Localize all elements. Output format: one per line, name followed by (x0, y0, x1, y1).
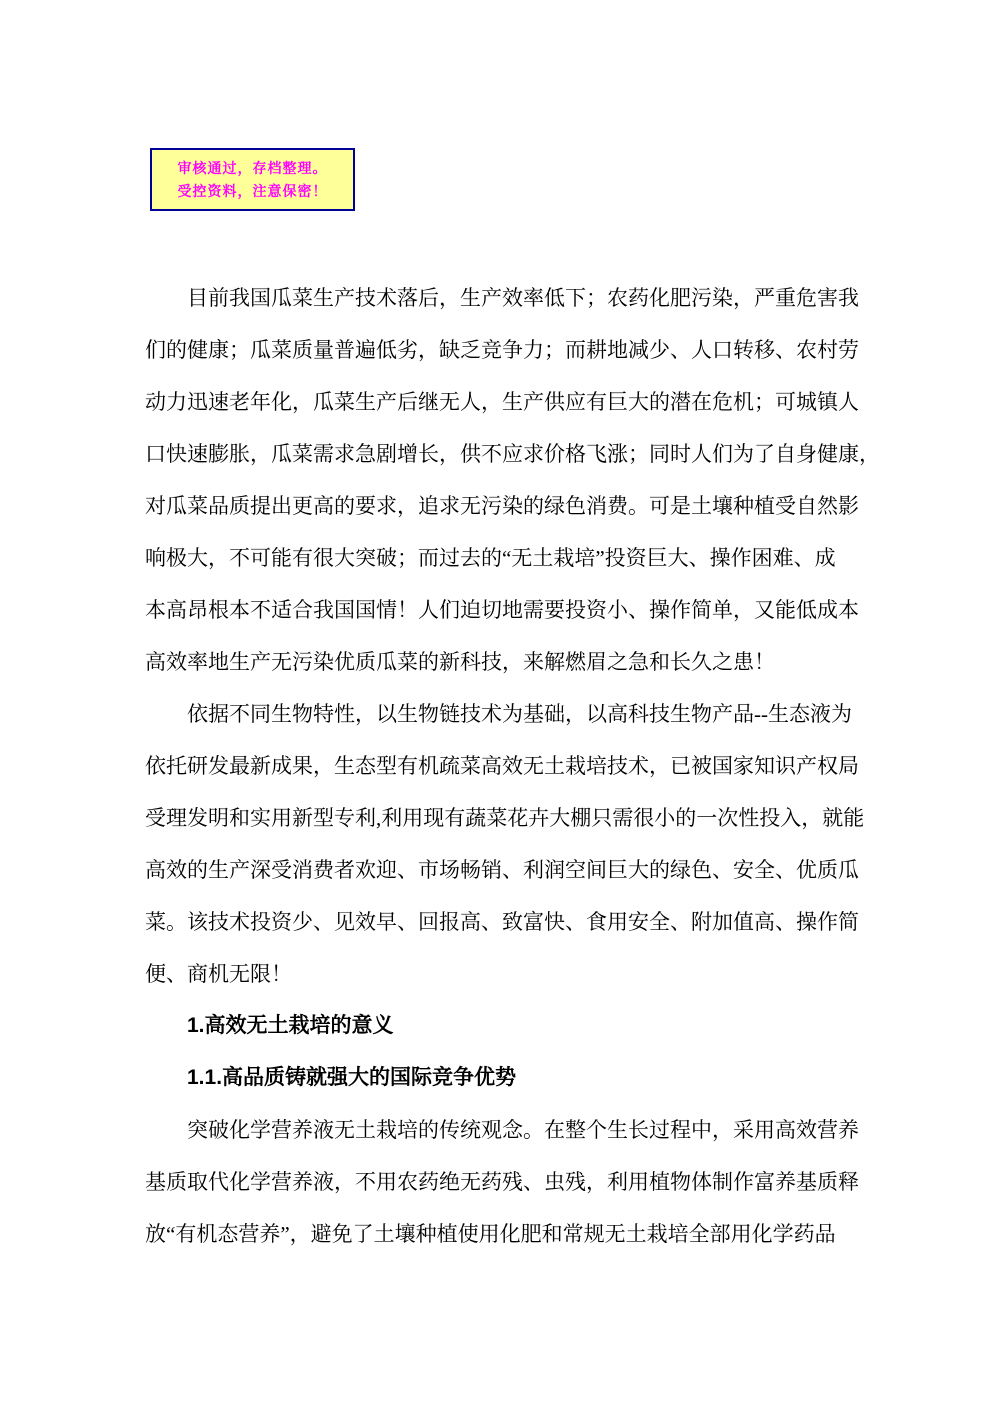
text-line: 本高昂根本不适合我国国情！人们迫切地需要投资小、操作简单，又能低成本 (145, 584, 859, 636)
text-line: 依托研发最新成果，生态型有机疏菜高效无土栽培技术，已被国家知识产权局 (145, 740, 859, 792)
text-line: 基质取代化学营养液，不用农药绝无药残、虫残，利用植物体制作富养基质释 (145, 1156, 859, 1208)
text-line: 目前我国瓜菜生产技术落后，生产效率低下；农药化肥污染，严重危害我 (145, 272, 859, 324)
paragraph-quality-advantage: 突破化学营养液无土栽培的传统观念。在整个生长过程中，采用高效营养基质取代化学营养… (145, 1104, 859, 1260)
approval-stamp-line-1: 审核通过，存档整理。 (152, 158, 353, 181)
text-line: 动力迅速老年化，瓜菜生产后继无人，生产供应有巨大的潜在危机；可城镇人 (145, 376, 859, 428)
text-line: 依据不同生物特性，以生物链技术为基础，以高科技生物产品--生态液为 (145, 688, 859, 740)
paragraph-intro-problems: 目前我国瓜菜生产技术落后，生产效率低下；农药化肥污染，严重危害我们的健康；瓜菜质… (145, 272, 859, 688)
approval-stamp-line-2: 受控资料，注意保密！ (152, 181, 353, 204)
approval-stamp-box: 审核通过，存档整理。 受控资料，注意保密！ (150, 148, 355, 211)
section-heading-1: 1.高效无土栽培的意义 (145, 1000, 859, 1052)
document-body: 目前我国瓜菜生产技术落后，生产效率低下；农药化肥污染，严重危害我们的健康；瓜菜质… (145, 272, 859, 1260)
text-line: 口快速膨胀，瓜菜需求急剧增长，供不应求价格飞涨；同时人们为了自身健康， (145, 428, 859, 480)
text-line: 对瓜菜品质提出更高的要求，追求无污染的绿色消费。可是土壤种植受自然影 (145, 480, 859, 532)
document-page: 审核通过，存档整理。 受控资料，注意保密！ 目前我国瓜菜生产技术落后，生产效率低… (0, 0, 993, 1404)
text-line: 们的健康；瓜菜质量普遍低劣，缺乏竞争力；而耕地减少、人口转移、农村劳 (145, 324, 859, 376)
paragraph-technology-overview: 依据不同生物特性，以生物链技术为基础，以高科技生物产品--生态液为依托研发最新成… (145, 688, 859, 1000)
text-line: 响极大，不可能有很大突破；而过去的“无土栽培”投资巨大、操作困难、成 (145, 532, 859, 584)
text-line: 突破化学营养液无土栽培的传统观念。在整个生长过程中，采用高效营养 (145, 1104, 859, 1156)
text-line: 受理发明和实用新型专利,利用现有蔬菜花卉大棚只需很小的一次性投入，就能 (145, 792, 859, 844)
text-line: 放“有机态营养”，避免了土壤种植使用化肥和常规无土栽培全部用化学药品 (145, 1208, 859, 1260)
text-line: 菜。该技术投资少、见效早、回报高、致富快、食用安全、附加值高、操作简 (145, 896, 859, 948)
text-line: 便、商机无限！ (145, 948, 859, 1000)
subsection-heading-1-1: 1.1.高品质铸就强大的国际竞争优势 (145, 1052, 859, 1104)
text-line: 高效的生产深受消费者欢迎、市场畅销、利润空间巨大的绿色、安全、优质瓜 (145, 844, 859, 896)
text-line: 高效率地生产无污染优质瓜菜的新科技，来解燃眉之急和长久之患！ (145, 636, 859, 688)
